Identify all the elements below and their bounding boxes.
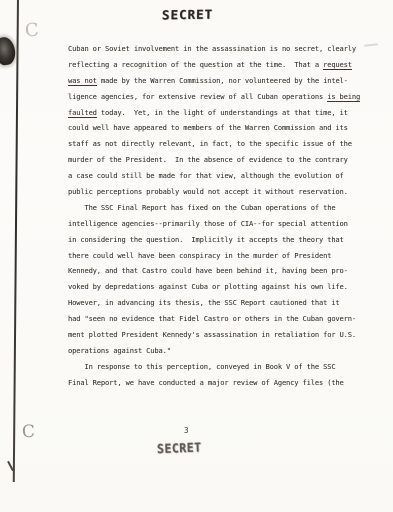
text-line: The SSC Final Report has fixed on the Cu… [68, 201, 372, 217]
text-line: intelligence agencies--primarily those o… [68, 217, 372, 233]
classification-stamp-bottom: SECRET [157, 440, 202, 457]
classification-stamp-top: SECRET [162, 7, 213, 23]
text-line: murder of the President. In the absence … [68, 153, 372, 169]
text-line: faulted today. Yet, in the light of unde… [68, 106, 372, 122]
text-line: there could well have been conspiracy in… [68, 249, 372, 265]
binding-edge-line [13, 0, 19, 482]
text-line: could well have appeared to members of t… [68, 121, 372, 137]
text-line: in considering the question. Implicitly … [68, 233, 372, 249]
text-line: staff as not directly relevant, in fact,… [68, 137, 372, 153]
text-line: was not made by the Warren Commission, n… [68, 74, 372, 90]
text-line: public perceptions probably would not ac… [68, 185, 372, 201]
text-line: However, in advancing its thesis, the SS… [68, 296, 372, 312]
document-text: Cuban or Soviet involvement in the assas… [68, 42, 372, 392]
text-line: Kennedy, and that Castro could have been… [68, 264, 372, 280]
text-line: had "seen no evidence that Fidel Castro … [68, 312, 372, 328]
text-line: In response to this perception, conveyed… [68, 360, 372, 376]
text-line: ligence agencies, for extensive review o… [68, 90, 372, 106]
text-line: Final Report, we have conducted a major … [68, 376, 372, 392]
text-line: voked by depredations against Cuba or pl… [68, 280, 372, 296]
text-line: reflecting a recognition of the question… [68, 58, 372, 74]
scanned-document-page: C C SECRET Cuban or Soviet involvement i… [0, 0, 393, 512]
pencil-mark-bottom: C [21, 422, 35, 443]
page-number: 3 [184, 426, 189, 435]
text-line: ment plotted President Kennedy's assassi… [68, 328, 372, 344]
text-line: a case could still be made for that view… [68, 169, 372, 185]
pencil-mark-top: C [24, 19, 40, 41]
text-line: operations against Cuba." [68, 344, 372, 360]
text-line: Cuban or Soviet involvement in the assas… [68, 42, 372, 58]
margin-ink-smudge [0, 36, 17, 66]
